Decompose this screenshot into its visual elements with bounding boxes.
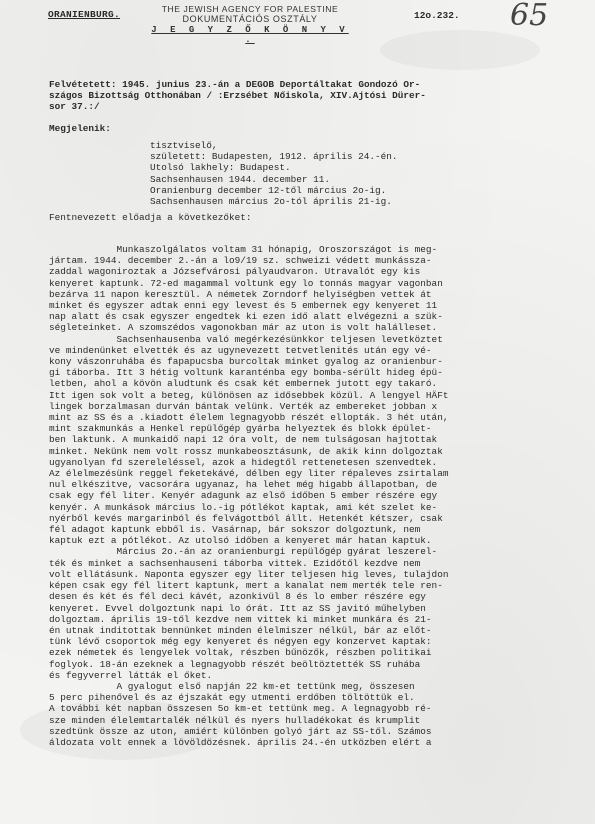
body-line: képen csak egy fél litert kaptunk, mert … xyxy=(49,580,448,591)
body-line: desen és két és fél deci kávét, azonkivü… xyxy=(49,591,448,602)
body-line: áldozata volt ennek a lövöldözésnek. ápr… xyxy=(49,737,448,748)
body-line: ségleteinket. A szomszédos vagonokban má… xyxy=(49,322,448,333)
body-line: bezárva 11 napon keresztül. A németek Zo… xyxy=(49,289,448,300)
body-line: szedtünk össze az uton, amiért különben … xyxy=(49,726,448,737)
body-line: kenyeret. Evvel dolgoztunk napi lo órát.… xyxy=(49,603,448,614)
testimony-body: Munkaszolgálatos voltam 31 hónapig, Oros… xyxy=(49,244,448,748)
body-line: kenyeret kaptunk. 72-ed magammal voltunk… xyxy=(49,278,448,289)
body-line: foglyok. 18-án ezeknek a legnagyobb rész… xyxy=(49,659,448,670)
body-line: tünk lévő csoportok még egy kenyeret és … xyxy=(49,636,448,647)
body-line: Március 2o.-án az oranienburgi repülőgép… xyxy=(49,546,448,557)
body-line: Sachsenhausenba való megérkezésünkkor te… xyxy=(49,334,448,345)
body-line: nap alatt és csak egyszer engedtek ki ez… xyxy=(49,311,448,322)
body-line: dolgoztam. április 19-től kezdve nem vit… xyxy=(49,614,448,625)
body-line: jártam. 1944. december 2.-án a lo9/19 sz… xyxy=(49,255,448,266)
statement-lead: Fentnevezett előadja a következőket: xyxy=(49,212,252,223)
body-line: nyérből kevés margarinból és felvágottbó… xyxy=(49,513,448,524)
handwritten-page-number: 65 xyxy=(510,0,548,33)
appearance-line: tisztviselő, xyxy=(150,140,398,151)
body-line: gi táborba. Itt 3 hétig voltunk karantén… xyxy=(49,367,448,378)
reference-number: 12o.232. xyxy=(414,10,460,21)
appearance-line: Sachsenhausen március 2o-tól április 21-… xyxy=(150,196,398,207)
body-line: Az élelmezésünk reggel feketekávé, délbe… xyxy=(49,468,448,479)
body-line: sze minden élelemtartalék nélkül és nyer… xyxy=(49,715,448,726)
appearance-line: Sachsenhausen 1944. december 11. xyxy=(150,174,398,185)
body-line: ben laktunk. A munkaidő napi 12 óra volt… xyxy=(49,434,448,445)
recording-intro: Felvétetett: 1945. junius 23.-án a DEGOB… xyxy=(49,79,426,113)
body-line: kony vászonruhába és fapapucsba burcolta… xyxy=(49,356,448,367)
body-line: volt ellátásunk. Naponta egyszer egy lit… xyxy=(49,569,448,580)
body-line: csak egy fél liter. Kenyér adagunk az el… xyxy=(49,490,448,501)
body-line: nul elkészitve, vacsorára ugyanaz, ha le… xyxy=(49,479,448,490)
body-line: mint az SS és a .kiadott élelem legnagyo… xyxy=(49,412,448,423)
agency-name: THE JEWISH AGENCY FOR PALESTINE xyxy=(150,4,350,14)
paper-smudge xyxy=(380,30,540,70)
document-page: ORANIENBURG. THE JEWISH AGENCY FOR PALES… xyxy=(0,0,595,824)
body-line: kaptuk ezt a pótlékot. Az utolsó időben … xyxy=(49,535,448,546)
body-line: én utnak inditottak bennünket minden éle… xyxy=(49,625,448,636)
body-line: minket. Nekünk nem volt rossz munkabeosz… xyxy=(49,446,448,457)
body-line: 5 perc pihenővel és az éjszakát egy utme… xyxy=(49,692,448,703)
body-line: zaddal wagoniroztak a Józsefvárosi pálya… xyxy=(49,266,448,277)
body-line: és fegyverrel látták el őket. xyxy=(49,670,448,681)
letterhead: THE JEWISH AGENCY FOR PALESTINE DOKUMENT… xyxy=(150,4,350,45)
appearance-line: Utolsó lakhely: Budapest. xyxy=(150,162,398,173)
body-line: kenyér. A munkások március lo.-ig pótlék… xyxy=(49,502,448,513)
document-title: J E G Y Z Ő K Ö N Y V . xyxy=(150,25,350,45)
appearance-label: Megjelenik: xyxy=(49,123,111,134)
body-line: ték és minket a sachsenhauseni táborba v… xyxy=(49,558,448,569)
body-line: letben, ahol a kövön aludtunk és csak ké… xyxy=(49,378,448,389)
body-line: A további két napban összesen 5o km-et t… xyxy=(49,703,448,714)
body-line: Munkaszolgálatos voltam 31 hónapig, Oros… xyxy=(49,244,448,255)
body-line: Itt igen sok volt a beteg, különösen az … xyxy=(49,390,448,401)
body-line: A gyalogut első napján 22 km-et tettünk … xyxy=(49,681,448,692)
appearance-details: tisztviselő,született: Budapesten, 1912.… xyxy=(150,140,398,207)
appearance-line: született: Budapesten, 1912. április 24.… xyxy=(150,151,398,162)
body-line: minket és egyszer adtak enni egy levest … xyxy=(49,300,448,311)
department-name: DOKUMENTÁCIÓS OSZTÁLY xyxy=(150,14,350,24)
location-header: ORANIENBURG. xyxy=(48,9,120,20)
appearance-line: Oranienburg december 12-től március 2o-i… xyxy=(150,185,398,196)
body-line: fél adagot kaptunk ebből is. Vasárnap, b… xyxy=(49,524,448,535)
body-line: mint szakmunkás a Henkel repülőgép gyárb… xyxy=(49,423,448,434)
body-line: ugyanolyan fd szereleléssel, azok a hide… xyxy=(49,457,448,468)
body-line: ve mindenünket elvették és az ugynevezet… xyxy=(49,345,448,356)
body-line: lingek borzalmasan durván bántak velünk.… xyxy=(49,401,448,412)
body-line: ezek németek és lengyelek voltak, részbe… xyxy=(49,647,448,658)
